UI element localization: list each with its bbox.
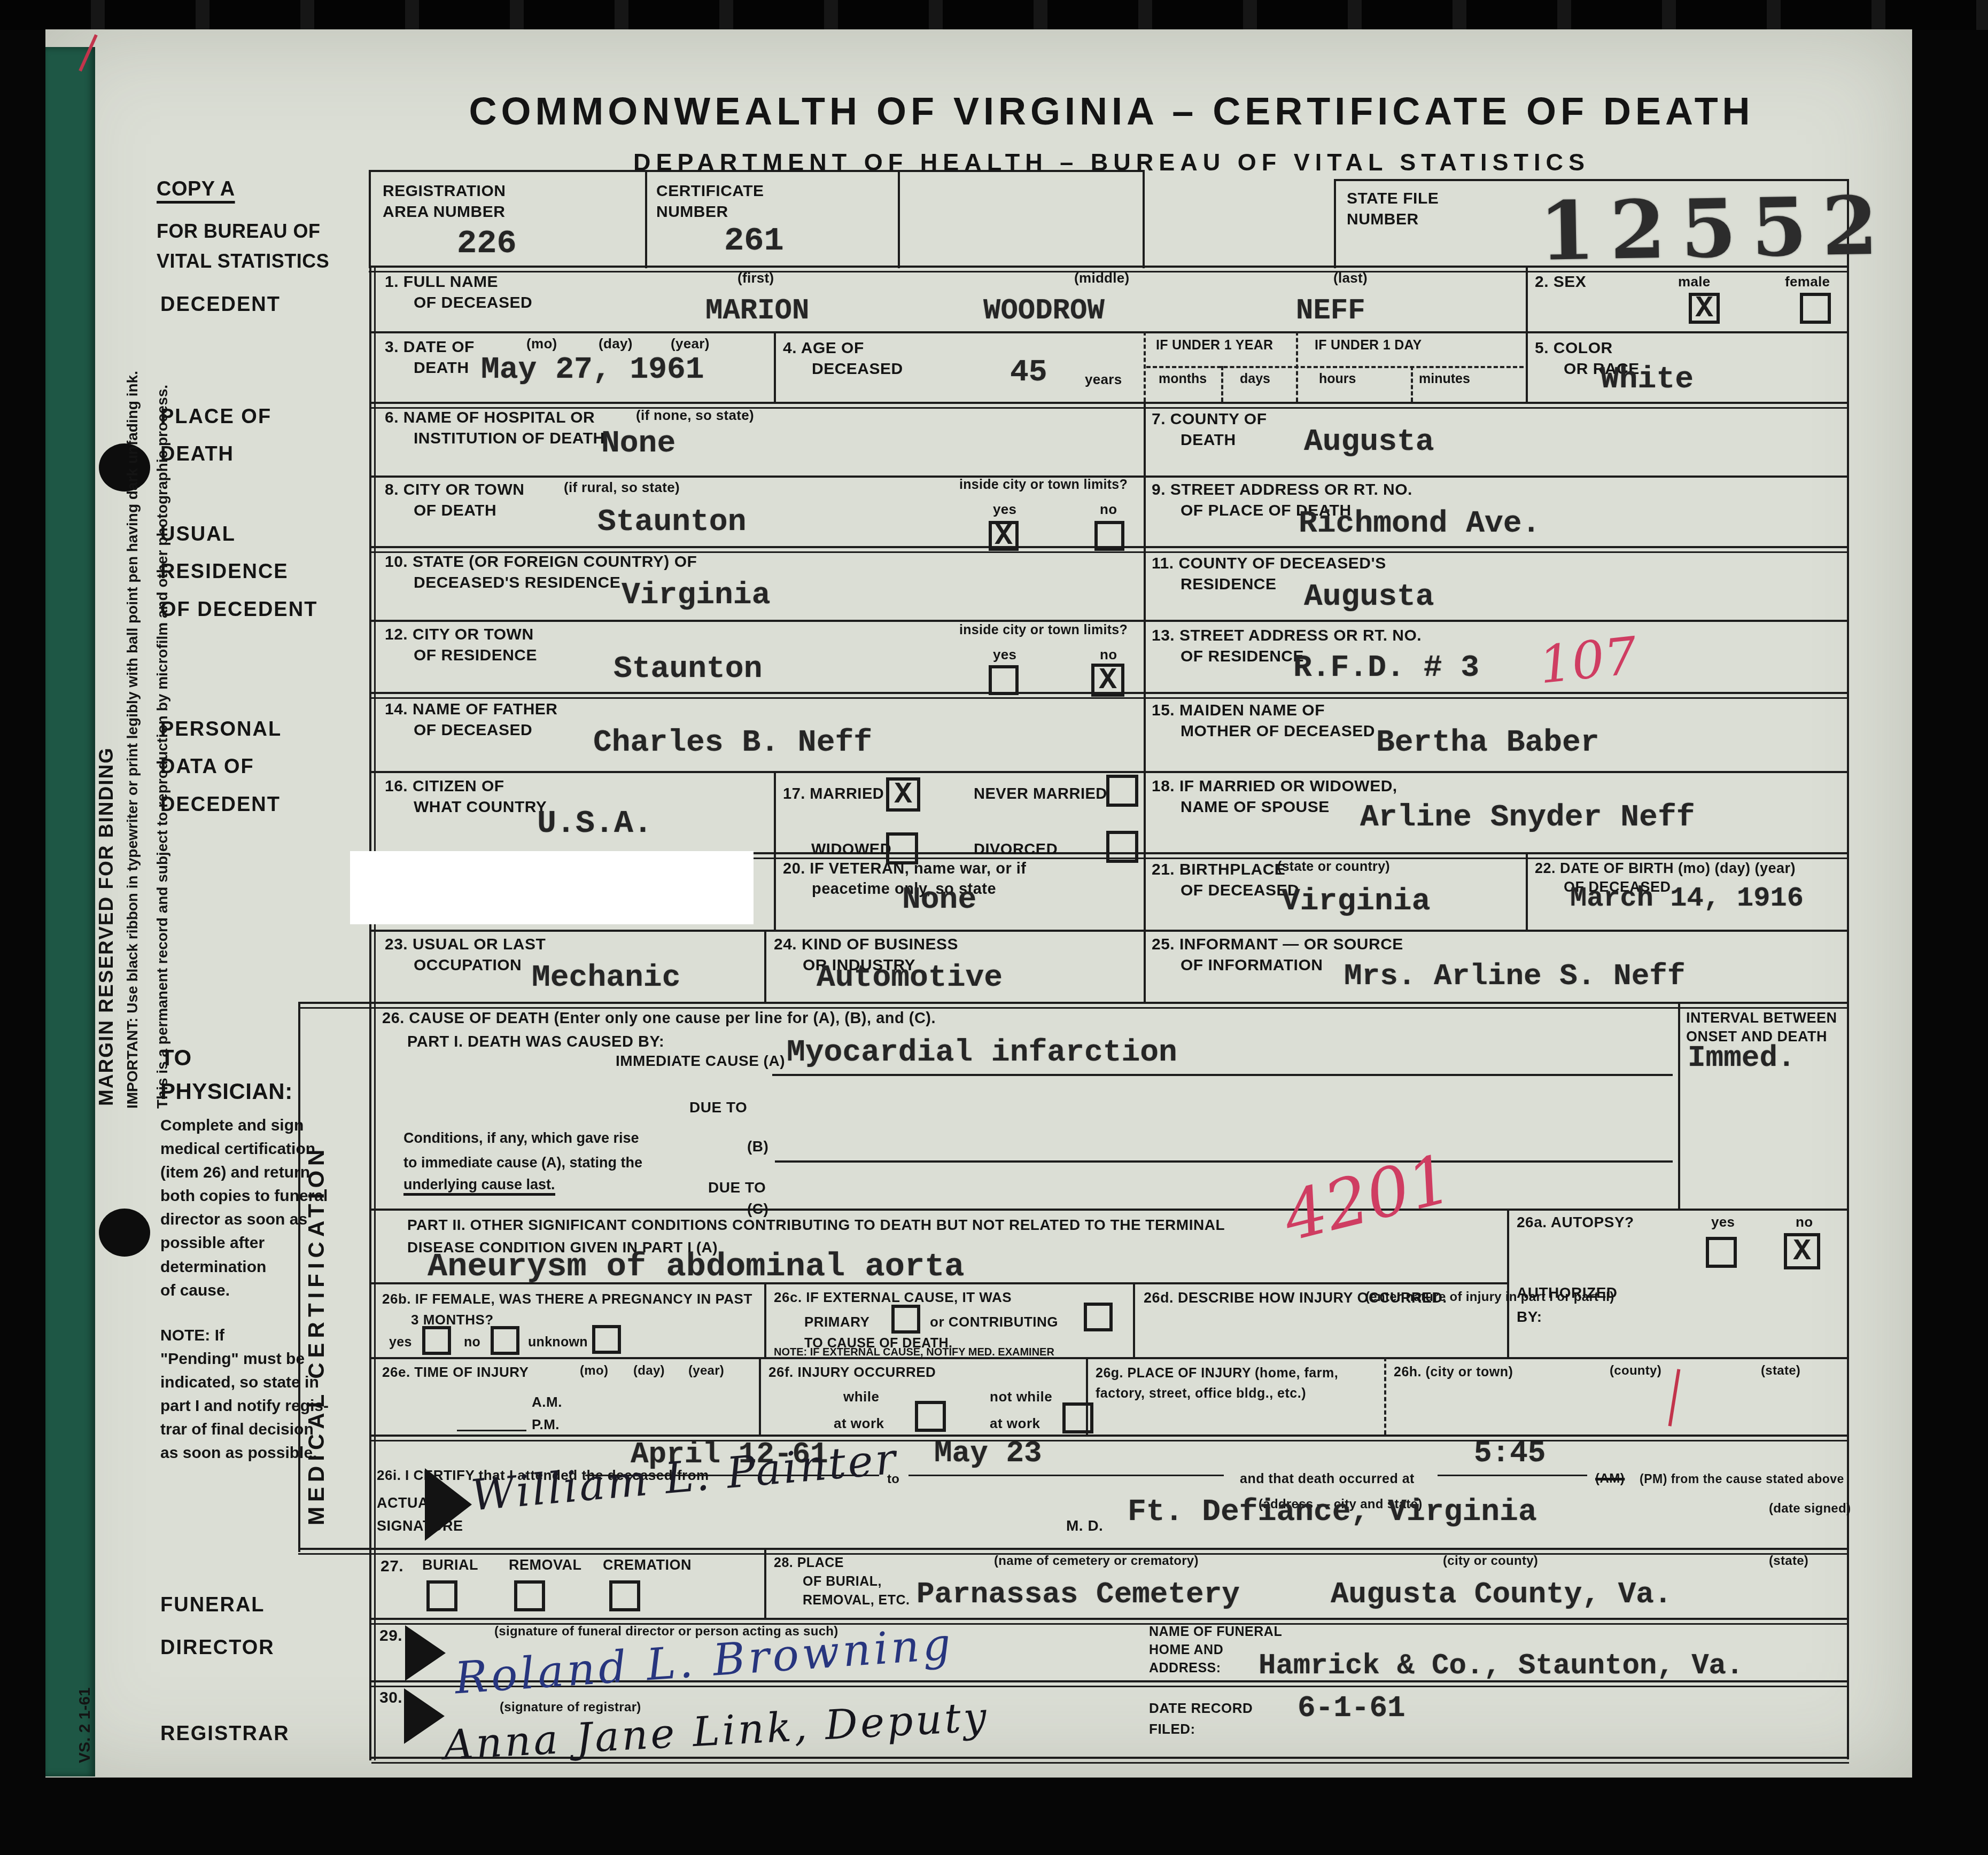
hospital-value: None xyxy=(601,426,675,461)
checkbox-x: X xyxy=(894,780,912,809)
sex-male-label: male xyxy=(1678,274,1710,290)
section-personal-data: PERSONAL DATA OF DECEDENT xyxy=(160,711,282,823)
certificate-number-label: CERTIFICATE NUMBER xyxy=(656,181,764,222)
never-married-checkbox xyxy=(1106,775,1138,807)
checkbox-x: X xyxy=(1695,293,1713,323)
hint-first: (first) xyxy=(737,270,774,286)
redaction-box xyxy=(350,851,754,924)
widowed-label: WIDOWED xyxy=(811,840,891,860)
hint-last: (last) xyxy=(1333,270,1368,286)
limits-yes-checkbox: X xyxy=(989,521,1019,551)
attended-to-value: May 23 xyxy=(934,1436,1042,1470)
occupation-label: 23. USUAL OR LAST OCCUPATION xyxy=(385,934,546,976)
state-hint: (state) xyxy=(1769,1554,1808,1569)
sex-female-checkbox xyxy=(1800,293,1831,324)
injury-day-hint: (day) xyxy=(633,1363,665,1378)
contributing-label: or CONTRIBUTING xyxy=(930,1313,1058,1331)
age-years-label: years xyxy=(1085,371,1122,388)
citizen-value: U.S.A. xyxy=(537,806,653,842)
color-race-value: White xyxy=(1601,362,1694,397)
primary-label: PRIMARY xyxy=(804,1313,869,1331)
md-label: M. D. xyxy=(1066,1516,1103,1536)
certificate-number-value: 261 xyxy=(724,222,784,260)
place-of-burial-label: 28. PLACE OF BURIAL, REMOVAL, ETC. xyxy=(774,1554,910,1610)
physician-note: Complete and sign medical certification … xyxy=(160,1114,328,1303)
citizen-label: 16. CITIZEN OF WHAT COUNTRY xyxy=(385,776,547,817)
limits-yes-label: yes xyxy=(993,501,1016,518)
while-label: while xyxy=(843,1388,880,1406)
state-file-number-stamp: 12552 xyxy=(1539,178,1894,279)
cremation-label: CREMATION xyxy=(603,1556,692,1575)
checkbox-x: X xyxy=(1793,1236,1811,1266)
never-married-label: NEVER MARRIED xyxy=(974,784,1107,805)
business-value: Automotive xyxy=(817,961,1003,995)
at-work-label: at work xyxy=(834,1415,884,1433)
married-label: 17. MARRIED xyxy=(783,784,884,805)
section-place-of-death: PLACE OF DEATH xyxy=(160,398,271,473)
contributing-checkbox xyxy=(1084,1303,1113,1331)
spouse-value: Arline Snyder Neff xyxy=(1360,800,1695,835)
limits-no-checkbox xyxy=(1094,521,1124,551)
autopsy-label: 26a. AUTOPSY? xyxy=(1517,1213,1634,1232)
city-of-death-value: Staunton xyxy=(597,505,746,540)
mother-value: Bertha Baber xyxy=(1376,726,1599,760)
full-name-label: 1. FULL NAME OF DECEASED xyxy=(385,271,532,313)
limits-question-2: inside city or town limits? xyxy=(959,622,1128,638)
funeral-home-value: Hamrick & Co., Staunton, Va. xyxy=(1259,1650,1743,1682)
limits2-no-label: no xyxy=(1100,646,1117,663)
cemetery-value: Parnassas Cemetery xyxy=(917,1577,1240,1611)
page-title: COMMONWEALTH OF VIRGINIA – CERTIFICATE O… xyxy=(374,90,1849,134)
date-filed-label: DATE RECORD FILED: xyxy=(1149,1698,1253,1740)
red-annotation-107: 107 xyxy=(1536,626,1640,696)
injury-state-hint: (state) xyxy=(1761,1363,1800,1378)
cemetery-hint: (name of cemetery or crematory) xyxy=(994,1554,1199,1569)
cremation-checkbox xyxy=(609,1580,640,1611)
film-edge xyxy=(0,0,1988,30)
underlying-note: underlying cause last. xyxy=(403,1176,555,1196)
section-decedent: DECEDENT xyxy=(160,286,281,323)
cause-of-death-label: 26. CAUSE OF DEATH (Enter only one cause… xyxy=(382,1009,936,1029)
due-to-1: DUE TO xyxy=(689,1098,747,1117)
mother-label: 15. MAIDEN NAME OF MOTHER OF DECEASED xyxy=(1152,700,1375,742)
married-checkbox: X xyxy=(886,777,920,812)
name-first-value: MARION xyxy=(705,295,809,328)
section-funeral-director: FUNERAL DIRECTOR xyxy=(160,1584,275,1670)
city-county-hint: (city or county) xyxy=(1443,1554,1538,1569)
burial-checkbox xyxy=(426,1580,457,1611)
autopsy-yes-checkbox xyxy=(1706,1237,1737,1268)
am-struck-label: (AM) xyxy=(1595,1470,1625,1487)
hint-mo: (mo) xyxy=(526,336,557,352)
copy-bureau-label: FOR BUREAU OF VITAL STATISTICS xyxy=(157,216,329,276)
dob-value: March 14, 1916 xyxy=(1570,883,1804,914)
section-to-physician: TO PHYSICIAN: xyxy=(160,1041,293,1108)
am-label: A.M. xyxy=(532,1393,562,1412)
part1-label: PART I. DEATH WAS CAUSED BY: xyxy=(407,1032,664,1053)
pregnancy-label: 26b. IF FEMALE, WAS THERE A PREGNANCY IN… xyxy=(382,1289,752,1330)
divorced-label: DIVORCED xyxy=(974,840,1058,860)
section-usual-residence: USUAL RESIDENCE OF DECEDENT xyxy=(160,516,317,628)
county-of-death-label: 7. COUNTY OF DEATH xyxy=(1152,409,1267,450)
describe-injury-hint: (enter nature of injury in part I or par… xyxy=(1365,1290,1614,1305)
street-of-death-value: Richmond Ave. xyxy=(1299,506,1540,541)
city-of-death-label: 8. CITY OR TOWN OF DEATH xyxy=(385,479,524,521)
field29-number: 29. xyxy=(379,1625,402,1646)
city-residence-label: 12. CITY OR TOWN OF RESIDENCE xyxy=(385,624,537,666)
notify-examiner-note: NOTE: IF EXTERNAL CAUSE, NOTIFY MED. EXA… xyxy=(774,1346,1054,1359)
hours-label: hours xyxy=(1319,371,1356,387)
hospital-hint: (if none, so state) xyxy=(636,407,754,424)
limits2-no-checkbox: X xyxy=(1091,664,1124,697)
city-residence-value: Staunton xyxy=(614,652,762,687)
date-of-death-value: May 27, 1961 xyxy=(481,353,704,387)
not-while-label: not while xyxy=(990,1388,1052,1406)
signature-arrow-icon xyxy=(405,1625,446,1681)
at-work-checkbox xyxy=(915,1401,946,1432)
divorced-checkbox xyxy=(1106,831,1138,863)
pregnancy-no-label: no xyxy=(464,1335,480,1350)
pm-cause-label: (PM) from the cause stated above xyxy=(1640,1471,1844,1487)
autopsy-no-label: no xyxy=(1796,1214,1813,1230)
limits2-yes-label: yes xyxy=(993,646,1016,663)
injury-city-label: 26h. (city or town) xyxy=(1394,1363,1513,1381)
time-of-injury-label: 26e. TIME OF INJURY xyxy=(382,1363,529,1382)
father-label: 14. NAME OF FATHER OF DECEASED xyxy=(385,699,557,741)
sex-male-checkbox: X xyxy=(1689,293,1720,324)
limits2-yes-checkbox xyxy=(989,665,1019,695)
binding-strip xyxy=(45,47,95,1776)
days-label: days xyxy=(1240,371,1270,387)
form-code: VS. 2 1-61 xyxy=(76,1687,94,1763)
city-of-death-hint: (if rural, so state) xyxy=(564,479,680,496)
limits-no-label: no xyxy=(1100,501,1117,518)
minutes-label: minutes xyxy=(1419,371,1470,387)
father-value: Charles B. Neff xyxy=(593,726,872,760)
conditions-note: Conditions, if any, which gave rise to i… xyxy=(403,1126,642,1175)
state-residence-value: Virginia xyxy=(622,578,770,613)
interval-value: Immed. xyxy=(1688,1041,1796,1075)
immediate-cause-value: Myocardial infarction xyxy=(787,1035,1177,1070)
hint-middle: (middle) xyxy=(1074,270,1130,286)
margin-permanent-text: This is a permanent record and subject t… xyxy=(154,385,171,1109)
checkbox-x: X xyxy=(995,521,1013,551)
registration-area-value: 226 xyxy=(457,224,517,262)
sex-label: 2. SEX xyxy=(1535,271,1597,292)
pregnancy-yes-label: yes xyxy=(389,1335,412,1350)
scanned-death-certificate: COMMONWEALTH OF VIRGINIA – CERTIFICATE O… xyxy=(0,0,1988,1855)
injury-occurred-label: 26f. INJURY OCCURRED xyxy=(768,1363,936,1382)
checkbox-x: X xyxy=(1099,665,1117,695)
cause-b-label: (B) xyxy=(747,1137,768,1156)
copy-a-label: COPY A xyxy=(157,176,235,202)
external-cause-label: 26c. IF EXTERNAL CAUSE, IT WAS xyxy=(774,1289,1012,1307)
county-residence-value: Augusta xyxy=(1304,580,1434,614)
registration-area-label: REGISTRATION AREA NUMBER xyxy=(383,181,506,222)
under-1-year-label: IF UNDER 1 YEAR xyxy=(1156,338,1273,353)
autopsy-yes-label: yes xyxy=(1711,1214,1735,1230)
burial-label: BURIAL xyxy=(422,1556,478,1575)
age-value: 45 xyxy=(1010,355,1047,390)
injury-year-hint: (year) xyxy=(688,1363,724,1378)
pm-label: P.M. xyxy=(532,1416,560,1434)
months-label: months xyxy=(1159,371,1207,387)
injury-county-hint: (county) xyxy=(1610,1363,1661,1378)
signature-arrow-icon xyxy=(425,1468,472,1541)
injury-mo-hint: (mo) xyxy=(580,1363,608,1378)
occupation-value: Mechanic xyxy=(532,961,680,995)
death-time-value: 5:45 xyxy=(1474,1436,1546,1470)
autopsy-no-checkbox: X xyxy=(1784,1233,1820,1269)
section-medical-certification: MEDICAL CERTIFICATION xyxy=(304,1145,329,1525)
under-1-day-label: IF UNDER 1 DAY xyxy=(1315,338,1422,353)
limits-question: inside city or town limits? xyxy=(959,477,1128,493)
margin-binding-text: MARGIN RESERVED FOR BINDING xyxy=(95,747,118,1106)
street-residence-value: R.F.D. # 3 xyxy=(1293,651,1479,685)
part2-value: Aneurysm of abdominal aorta xyxy=(428,1248,965,1285)
county-of-death-value: Augusta xyxy=(1304,425,1434,459)
due-to-2: DUE TO xyxy=(708,1178,766,1197)
immediate-cause-label: IMMEDIATE CAUSE (A) xyxy=(616,1051,785,1071)
section-registrar: REGISTRAR xyxy=(160,1715,290,1752)
margin-important-text: IMPORTANT: Use black ribbon in typewrite… xyxy=(124,371,141,1109)
not-at-work-checkbox xyxy=(1062,1402,1093,1433)
pregnancy-no-checkbox xyxy=(491,1326,519,1355)
veteran-value: None xyxy=(902,883,976,917)
authorized-by-label: AUTHORIZED BY: xyxy=(1517,1281,1618,1329)
field27-number: 27. xyxy=(380,1556,403,1577)
birthplace-hint: (state or country) xyxy=(1277,859,1390,875)
hint-year: (year) xyxy=(671,336,710,352)
removal-checkbox xyxy=(514,1580,545,1611)
field30-number: 30. xyxy=(379,1687,402,1708)
informant-value: Mrs. Arline S. Neff xyxy=(1344,959,1686,993)
sex-female-label: female xyxy=(1785,274,1830,290)
birthplace-value: Virginia xyxy=(1282,884,1430,919)
name-middle-value: WOODROW xyxy=(983,295,1105,328)
hint-day: (day) xyxy=(599,336,633,352)
date-of-death-label: 3. DATE OF DEATH xyxy=(385,337,475,378)
state-file-label: STATE FILE NUMBER xyxy=(1347,188,1439,230)
primary-checkbox xyxy=(891,1305,920,1334)
pregnancy-yes-checkbox xyxy=(422,1326,451,1355)
physician-place-value: Ft. Defiance, Virginia xyxy=(1128,1495,1537,1530)
pregnancy-unknown-label: unknown xyxy=(528,1335,588,1350)
signature-arrow-icon xyxy=(404,1688,445,1744)
not-at-work-label: at work xyxy=(990,1415,1040,1433)
punch-hole xyxy=(99,1209,150,1257)
date-filed-value: 6-1-61 xyxy=(1298,1691,1405,1725)
age-label: 4. AGE OF DECEASED xyxy=(783,338,903,379)
removal-label: REMOVAL xyxy=(509,1556,582,1575)
hospital-label: 6. NAME OF HOSPITAL OR INSTITUTION OF DE… xyxy=(385,407,605,449)
pregnancy-unknown-checkbox xyxy=(592,1325,621,1354)
name-last-value: NEFF xyxy=(1296,295,1365,328)
date-signed-hint: (date signed) xyxy=(1769,1501,1851,1516)
place-of-injury-label: 26g. PLACE OF INJURY (home, farm, factor… xyxy=(1096,1363,1338,1404)
burial-place-value: Augusta County, Va. xyxy=(1331,1577,1672,1611)
death-occurred-label: and that death occurred at xyxy=(1240,1470,1415,1488)
page-subtitle: DEPARTMENT OF HEALTH – BUREAU OF VITAL S… xyxy=(374,149,1849,176)
